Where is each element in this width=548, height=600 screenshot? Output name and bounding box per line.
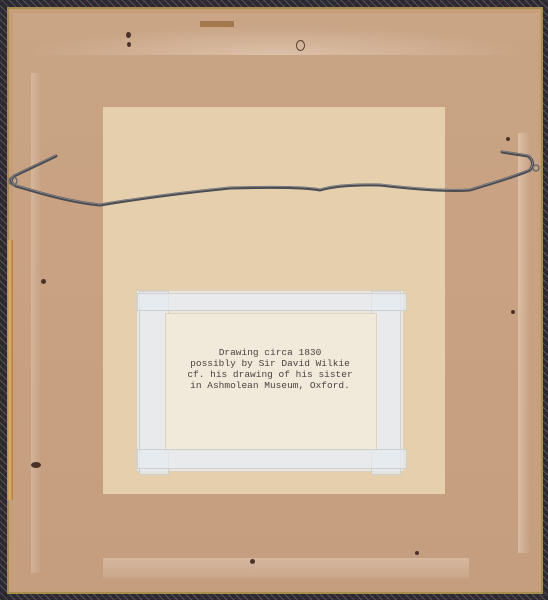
frame-gilt-edge: [7, 240, 13, 500]
label-line: in Ashmolean Museum, Oxford.: [137, 380, 403, 391]
nail-hole: [415, 551, 419, 555]
typed-label-text: Drawing circa 1830possibly by Sir David …: [137, 347, 403, 391]
paper-fold-top: [23, 25, 529, 55]
label-line: Drawing circa 1830: [137, 347, 403, 358]
nail-hole: [506, 137, 510, 141]
stain-mark: [31, 462, 41, 468]
nail-hole: [250, 559, 255, 564]
paper-crease-left: [31, 73, 41, 573]
paper-crease-right: [518, 133, 530, 553]
taped-label: Drawing circa 1830possibly by Sir David …: [136, 290, 404, 472]
nail-hole: [127, 42, 131, 47]
label-line: cf. his drawing of his sister: [137, 369, 403, 380]
label-line: possibly by Sir David Wilkie: [137, 358, 403, 369]
nail-hole: [41, 279, 46, 284]
nail-hole: [126, 32, 131, 38]
paper-fold-bottom: [103, 558, 469, 578]
screw-eye: [296, 40, 305, 51]
tape-strip-bottom: [137, 449, 407, 469]
nail-hole: [511, 310, 515, 314]
old-tape-fragment: [200, 21, 234, 27]
tape-strip-top: [137, 293, 407, 311]
